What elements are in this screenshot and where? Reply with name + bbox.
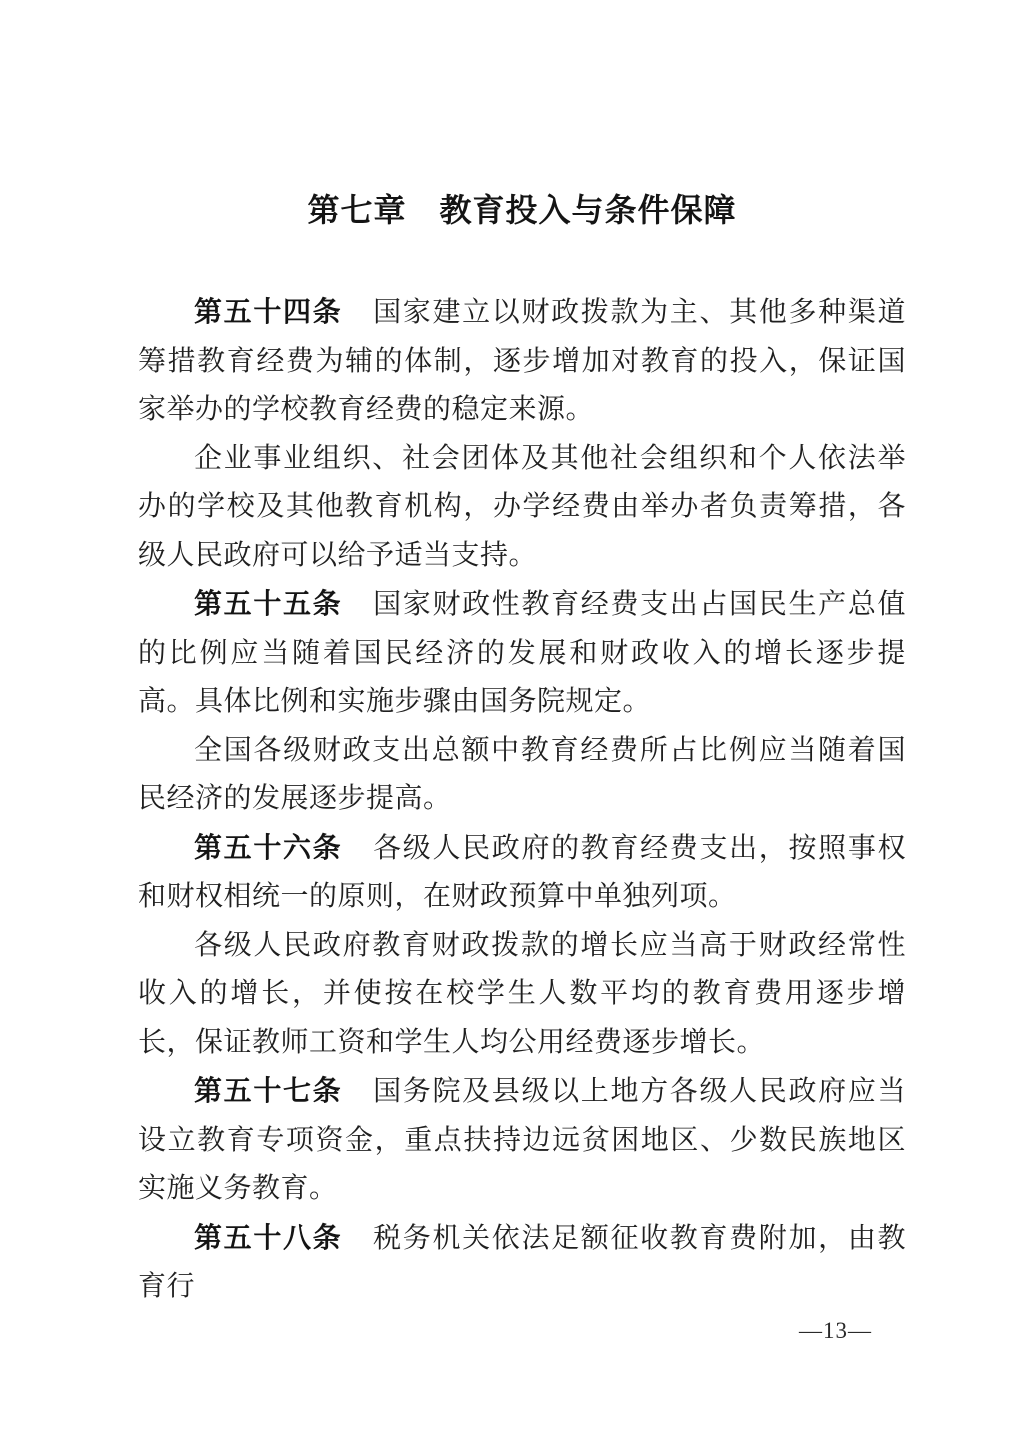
page-number: —13—	[799, 1318, 872, 1344]
article-56-continuation-paragraph: 各级人民政府教育财政拨款的增长应当高于财政经常性收入的增长，并使按在校学生人数平…	[138, 922, 906, 1068]
article-57-number: 第五十七条	[194, 1075, 342, 1106]
document-body: 第五十四条国家建立以财政拨款为主、其他多种渠道筹措教育经费为辅的体制，逐步增加对…	[138, 288, 906, 1312]
article-54-continuation-paragraph: 企业事业组织、社会团体及其他社会组织和个人依法举办的学校及其他教育机构，办学经费…	[138, 435, 906, 581]
article-56-paragraph: 第五十六条各级人民政府的教育经费支出，按照事权和财权相统一的原则，在财政预算中单…	[138, 824, 906, 922]
article-56-continuation-text: 各级人民政府教育财政拨款的增长应当高于财政经常性收入的增长，并使按在校学生人数平…	[138, 930, 906, 1058]
article-55-paragraph: 第五十五条国家财政性教育经费支出占国民生产总值的比例应当随着国民经济的发展和财政…	[138, 580, 906, 727]
article-57-paragraph: 第五十七条国务院及县级以上地方各级人民政府应当设立教育专项资金，重点扶持边远贫困…	[138, 1067, 906, 1214]
chapter-title: 第七章 教育投入与条件保障	[138, 192, 906, 228]
article-56-number: 第五十六条	[194, 832, 342, 863]
article-55-number: 第五十五条	[194, 588, 342, 619]
article-54-paragraph: 第五十四条国家建立以财政拨款为主、其他多种渠道筹措教育经费为辅的体制，逐步增加对…	[138, 288, 906, 435]
article-55-continuation-paragraph: 全国各级财政支出总额中教育经费所占比例应当随着国民经济的发展逐步提高。	[138, 727, 906, 824]
article-58-paragraph: 第五十八条税务机关依法足额征收教育费附加，由教育行	[138, 1214, 906, 1312]
article-54-number: 第五十四条	[194, 296, 342, 327]
article-58-number: 第五十八条	[194, 1222, 342, 1253]
article-55-continuation-text: 全国各级财政支出总额中教育经费所占比例应当随着国民经济的发展逐步提高。	[138, 735, 906, 815]
article-54-continuation-text: 企业事业组织、社会团体及其他社会组织和个人依法举办的学校及其他教育机构，办学经费…	[138, 443, 906, 571]
document-page: 第七章 教育投入与条件保障 第五十四条国家建立以财政拨款为主、其他多种渠道筹措教…	[0, 0, 1024, 1450]
